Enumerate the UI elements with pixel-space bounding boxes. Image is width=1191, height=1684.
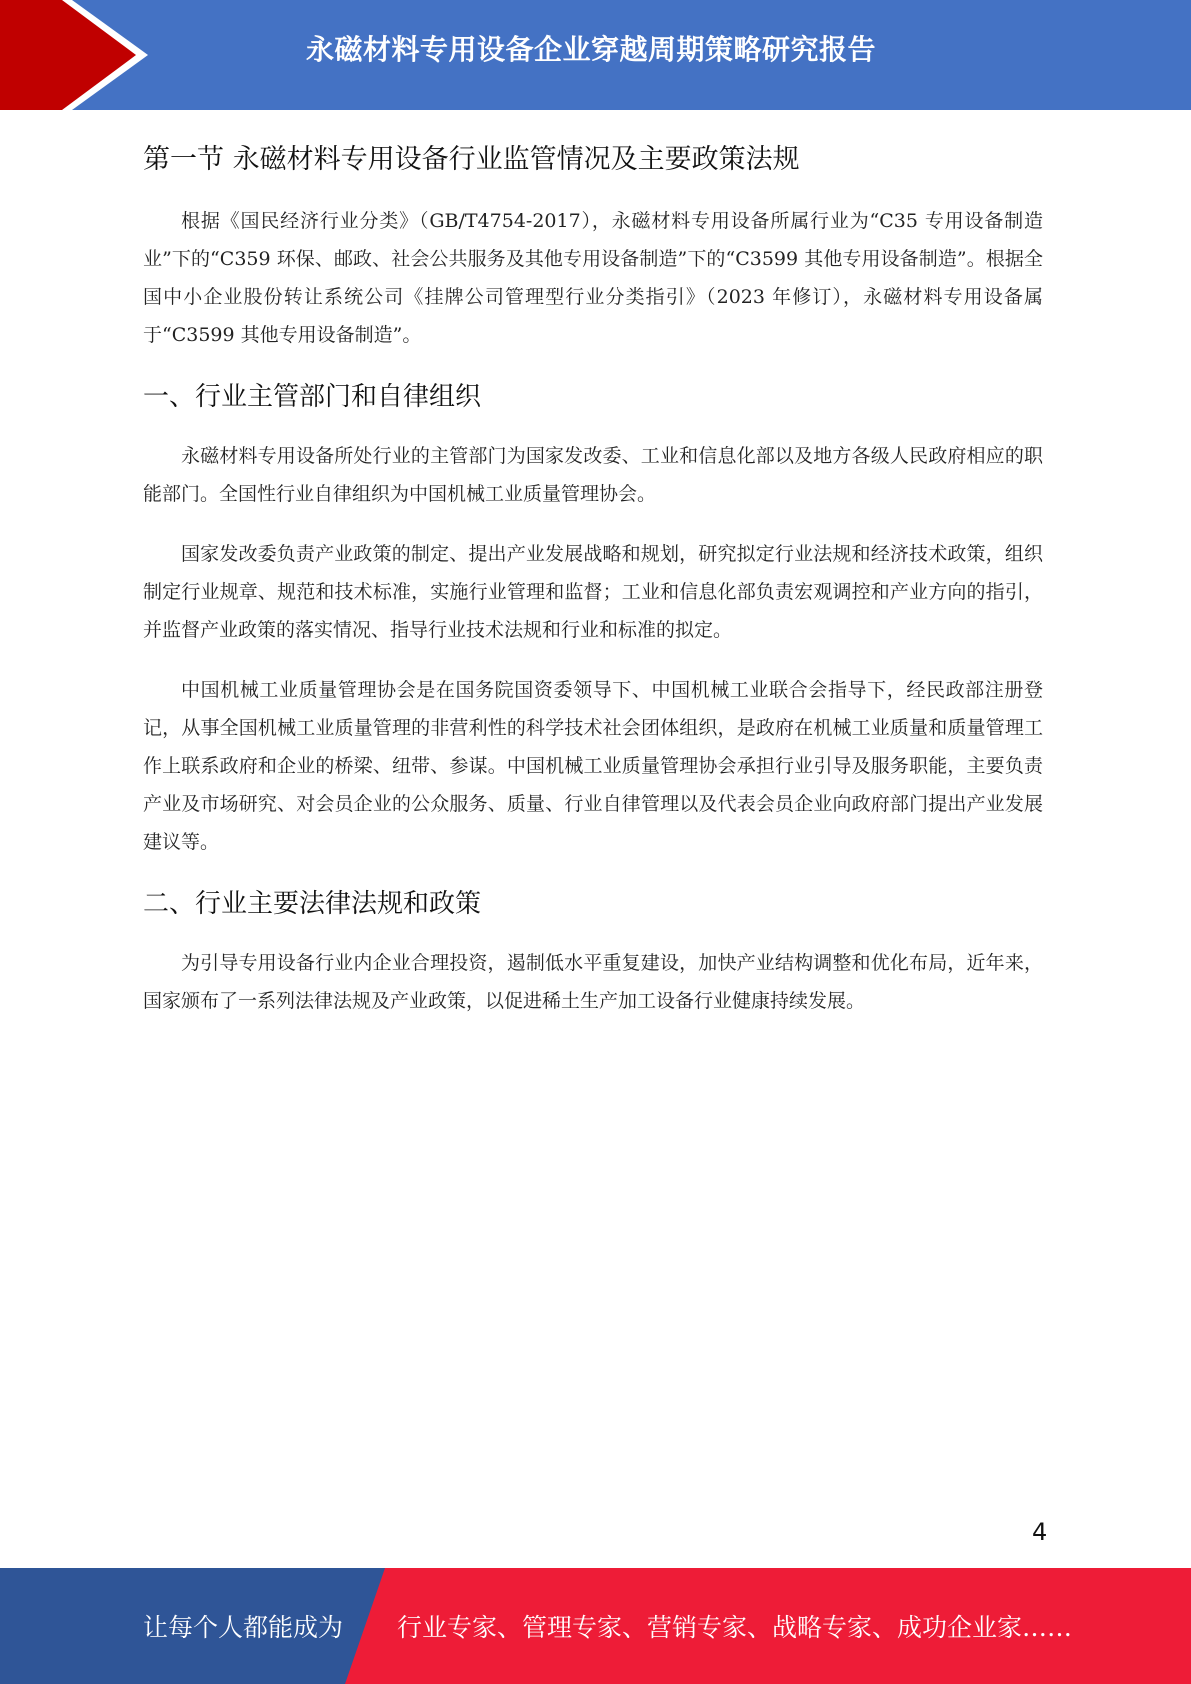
- section-title: 第一节 永磁材料专用设备行业监管情况及主要政策法规: [143, 137, 1043, 176]
- paragraph: 为引导专用设备行业内企业合理投资，遏制低水平重复建设，加快产业结构调整和优化布局…: [143, 944, 1043, 1020]
- paragraph: 国家发改委负责产业政策的制定、提出产业发展战略和规划，研究拟定行业法规和经济技术…: [143, 535, 1043, 649]
- report-header-band: 永磁材料专用设备企业穿越周期策略研究报告: [0, 0, 1191, 110]
- subsection-heading-regulators: 一、行业主管部门和自律组织: [143, 376, 1043, 413]
- intro-paragraph: 根据《国民经济行业分类》（GB/T4754-2017），永磁材料专用设备所属行业…: [143, 202, 1043, 354]
- footer-slogan-band: 让每个人都能成为 行业专家、管理专家、营销专家、战略专家、成功企业家……: [0, 1568, 1191, 1684]
- paragraph: 永磁材料专用设备所处行业的主管部门为国家发改委、工业和信息化部以及地方各级人民政…: [143, 437, 1043, 513]
- document-body: 第一节 永磁材料专用设备行业监管情况及主要政策法规 根据《国民经济行业分类》（G…: [143, 125, 1043, 1042]
- report-title: 永磁材料专用设备企业穿越周期策略研究报告: [306, 28, 876, 68]
- page-number: 4: [1032, 1518, 1047, 1546]
- subsection-heading-laws: 二、行业主要法律法规和政策: [143, 883, 1043, 920]
- footer-slogan-left: 让每个人都能成为: [143, 1608, 343, 1644]
- footer-slogan-right: 行业专家、管理专家、营销专家、战略专家、成功企业家……: [397, 1608, 1072, 1644]
- paragraph: 中国机械工业质量管理协会是在国务院国资委领导下、中国机械工业联合会指导下，经民政…: [143, 671, 1043, 861]
